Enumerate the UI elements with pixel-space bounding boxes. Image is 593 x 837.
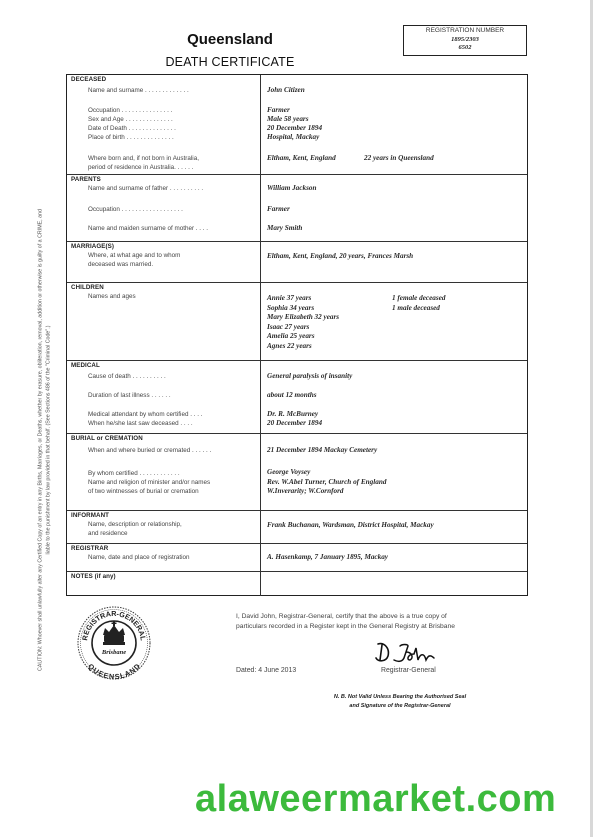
validity-notice-line: N. B. Not Valid Unless Bearing the Autho…: [300, 693, 500, 702]
field-label: Name and maiden surname of mother . . . …: [88, 225, 208, 233]
section-heading: REGISTRAR: [71, 545, 108, 552]
section-heading: DECEASED: [71, 76, 106, 83]
signatory-title: Registrar-General: [381, 667, 436, 674]
burial-certified-by: George Voysey: [267, 468, 310, 478]
deceased-place-of-death: Hospital, Mackay: [267, 133, 319, 143]
validity-notice-line: and Signature of the Registrar-General: [300, 702, 500, 711]
field-label: Place of birth . . . . . . . . . . . . .…: [88, 134, 174, 142]
field-label: Name and surname of father . . . . . . .…: [88, 185, 203, 193]
last-seen-date: 20 December 1894: [267, 419, 322, 429]
field-label: Name and surname . . . . . . . . . . . .…: [88, 87, 189, 95]
registration-sub-number: 6502: [404, 44, 526, 53]
section-heading: CHILDREN: [71, 284, 104, 291]
svg-text:Brisbane: Brisbane: [101, 649, 126, 656]
child-entry: Sophia 34 years: [267, 304, 314, 314]
cause-of-death: General paralysis of insanity: [267, 372, 352, 382]
section-heading: INFORMANT: [71, 512, 109, 519]
field-label: Sex and Age . . . . . . . . . . . . . .: [88, 116, 173, 124]
deceased-birthplace: Eltham, Kent, England: [267, 154, 336, 164]
child-entry: Agnes 22 years: [267, 342, 312, 352]
section-marriage: MARRIAGE(S) Where, at what age and to wh…: [67, 241, 527, 283]
section-medical: MEDICAL Cause of death . . . . . . . . .…: [67, 360, 527, 434]
field-label: Name, description or relationship,: [88, 521, 182, 529]
validity-notice: N. B. Not Valid Unless Bearing the Autho…: [300, 693, 500, 711]
column-divider: [260, 242, 261, 283]
certificate-state: Queensland: [155, 31, 305, 48]
field-label: When he/she last saw deceased . . . .: [88, 420, 193, 428]
section-heading: MARRIAGE(S): [71, 243, 114, 250]
children-deceased-note: 1 female deceased: [392, 294, 445, 304]
certificate-date: Dated: 4 June 2013: [236, 667, 296, 674]
column-divider: [260, 434, 261, 511]
field-label: period of residence in Australia. . . . …: [88, 164, 193, 172]
column-divider: [260, 75, 261, 174]
field-label: Medical attendant by whom certified . . …: [88, 411, 202, 419]
field-label: Name, date and place of registration: [88, 554, 190, 562]
registrar-general-seal-icon: REGISTRAR-GENERAL QUEENSLAND Brisbane: [76, 605, 152, 681]
registration-number-box: REGISTRATION NUMBER 1895/2303 6502: [403, 25, 527, 56]
child-entry: Isaac 27 years: [267, 323, 309, 333]
section-parents: PARENTS Name and surname of father . . .…: [67, 174, 527, 242]
section-burial: BURIAL or CREMATION When and where burie…: [67, 433, 527, 511]
child-entry: Annie 37 years: [267, 294, 311, 304]
mother-name: Mary Smith: [267, 224, 302, 234]
column-divider: [260, 361, 261, 434]
column-divider: [260, 283, 261, 361]
section-heading: NOTES (if any): [71, 573, 116, 580]
field-label: Where born and, if not born in Australia…: [88, 155, 199, 163]
informant-details: Frank Buchanan, Wardsman, District Hospi…: [267, 521, 434, 531]
deceased-name: John Citizen: [267, 86, 305, 96]
section-children: CHILDREN Names and ages Annie 37 years S…: [67, 282, 527, 361]
father-name: William Jackson: [267, 184, 316, 194]
registration-number: 1895/2303: [404, 36, 526, 45]
field-label: Occupation . . . . . . . . . . . . . . .: [88, 107, 172, 115]
certificate-type: DEATH CERTIFICATE: [130, 55, 330, 69]
section-heading: MEDICAL: [71, 362, 100, 369]
field-label: When and where buried or cremated . . . …: [88, 447, 211, 455]
section-heading: PARENTS: [71, 176, 101, 183]
burial-date-place: 21 December 1894 Mackay Cemetery: [267, 446, 377, 456]
field-label: and residence: [88, 530, 128, 538]
field-label: By whom certified . . . . . . . . . . . …: [88, 470, 180, 478]
illness-duration: about 12 months: [267, 391, 317, 401]
deceased-residence: 22 years in Queensland: [364, 154, 434, 164]
field-label: Names and ages: [88, 293, 136, 301]
field-label: Date of Death . . . . . . . . . . . . . …: [88, 125, 176, 133]
field-label: of two wintnesses of burial or cremation: [88, 488, 199, 496]
watermark: alaweermarket.com: [195, 778, 556, 821]
child-entry: Mary Elizabeth 32 years: [267, 313, 339, 323]
field-label: Name and religion of minister and/or nam…: [88, 479, 210, 487]
section-deceased: DECEASED Name and surname . . . . . . . …: [67, 75, 527, 174]
field-label: Occupation . . . . . . . . . . . . . . .…: [88, 206, 183, 214]
field-label: deceased was married.: [88, 261, 153, 269]
column-divider: [260, 175, 261, 242]
father-occupation: Farmer: [267, 205, 290, 215]
child-entry: Amelia 25 years: [267, 332, 315, 342]
section-notes: NOTES (if any): [67, 571, 527, 596]
field-label: Cause of death . . . . . . . . . .: [88, 373, 166, 381]
section-registrar: REGISTRAR Name, date and place of regist…: [67, 543, 527, 572]
field-label: Duration of last illness . . . . . .: [88, 392, 171, 400]
column-divider: [260, 572, 261, 596]
column-divider: [260, 511, 261, 544]
field-label: Where, at what age and to whom: [88, 252, 180, 260]
section-heading: BURIAL or CREMATION: [71, 435, 143, 442]
column-divider: [260, 544, 261, 572]
burial-witnesses: W.Inverarity; W.Cornford: [267, 487, 343, 497]
children-deceased-note: 1 male deceased: [392, 304, 440, 314]
certification-statement: I, David John, Registrar-General, certif…: [236, 612, 466, 631]
registrar-signature-icon: [372, 640, 452, 668]
registration-label: REGISTRATION NUMBER: [404, 27, 526, 36]
section-informant: INFORMANT Name, description or relations…: [67, 510, 527, 544]
registration-details: A. Hasenkamp, 7 January 1895, Mackay: [267, 553, 388, 563]
certificate-table: DECEASED Name and surname . . . . . . . …: [66, 74, 528, 596]
caution-notice: CAUTION: Whoever shall unlawfully alter …: [38, 205, 53, 675]
marriage-details: Eltham, Kent, England, 20 years, Frances…: [267, 252, 413, 262]
